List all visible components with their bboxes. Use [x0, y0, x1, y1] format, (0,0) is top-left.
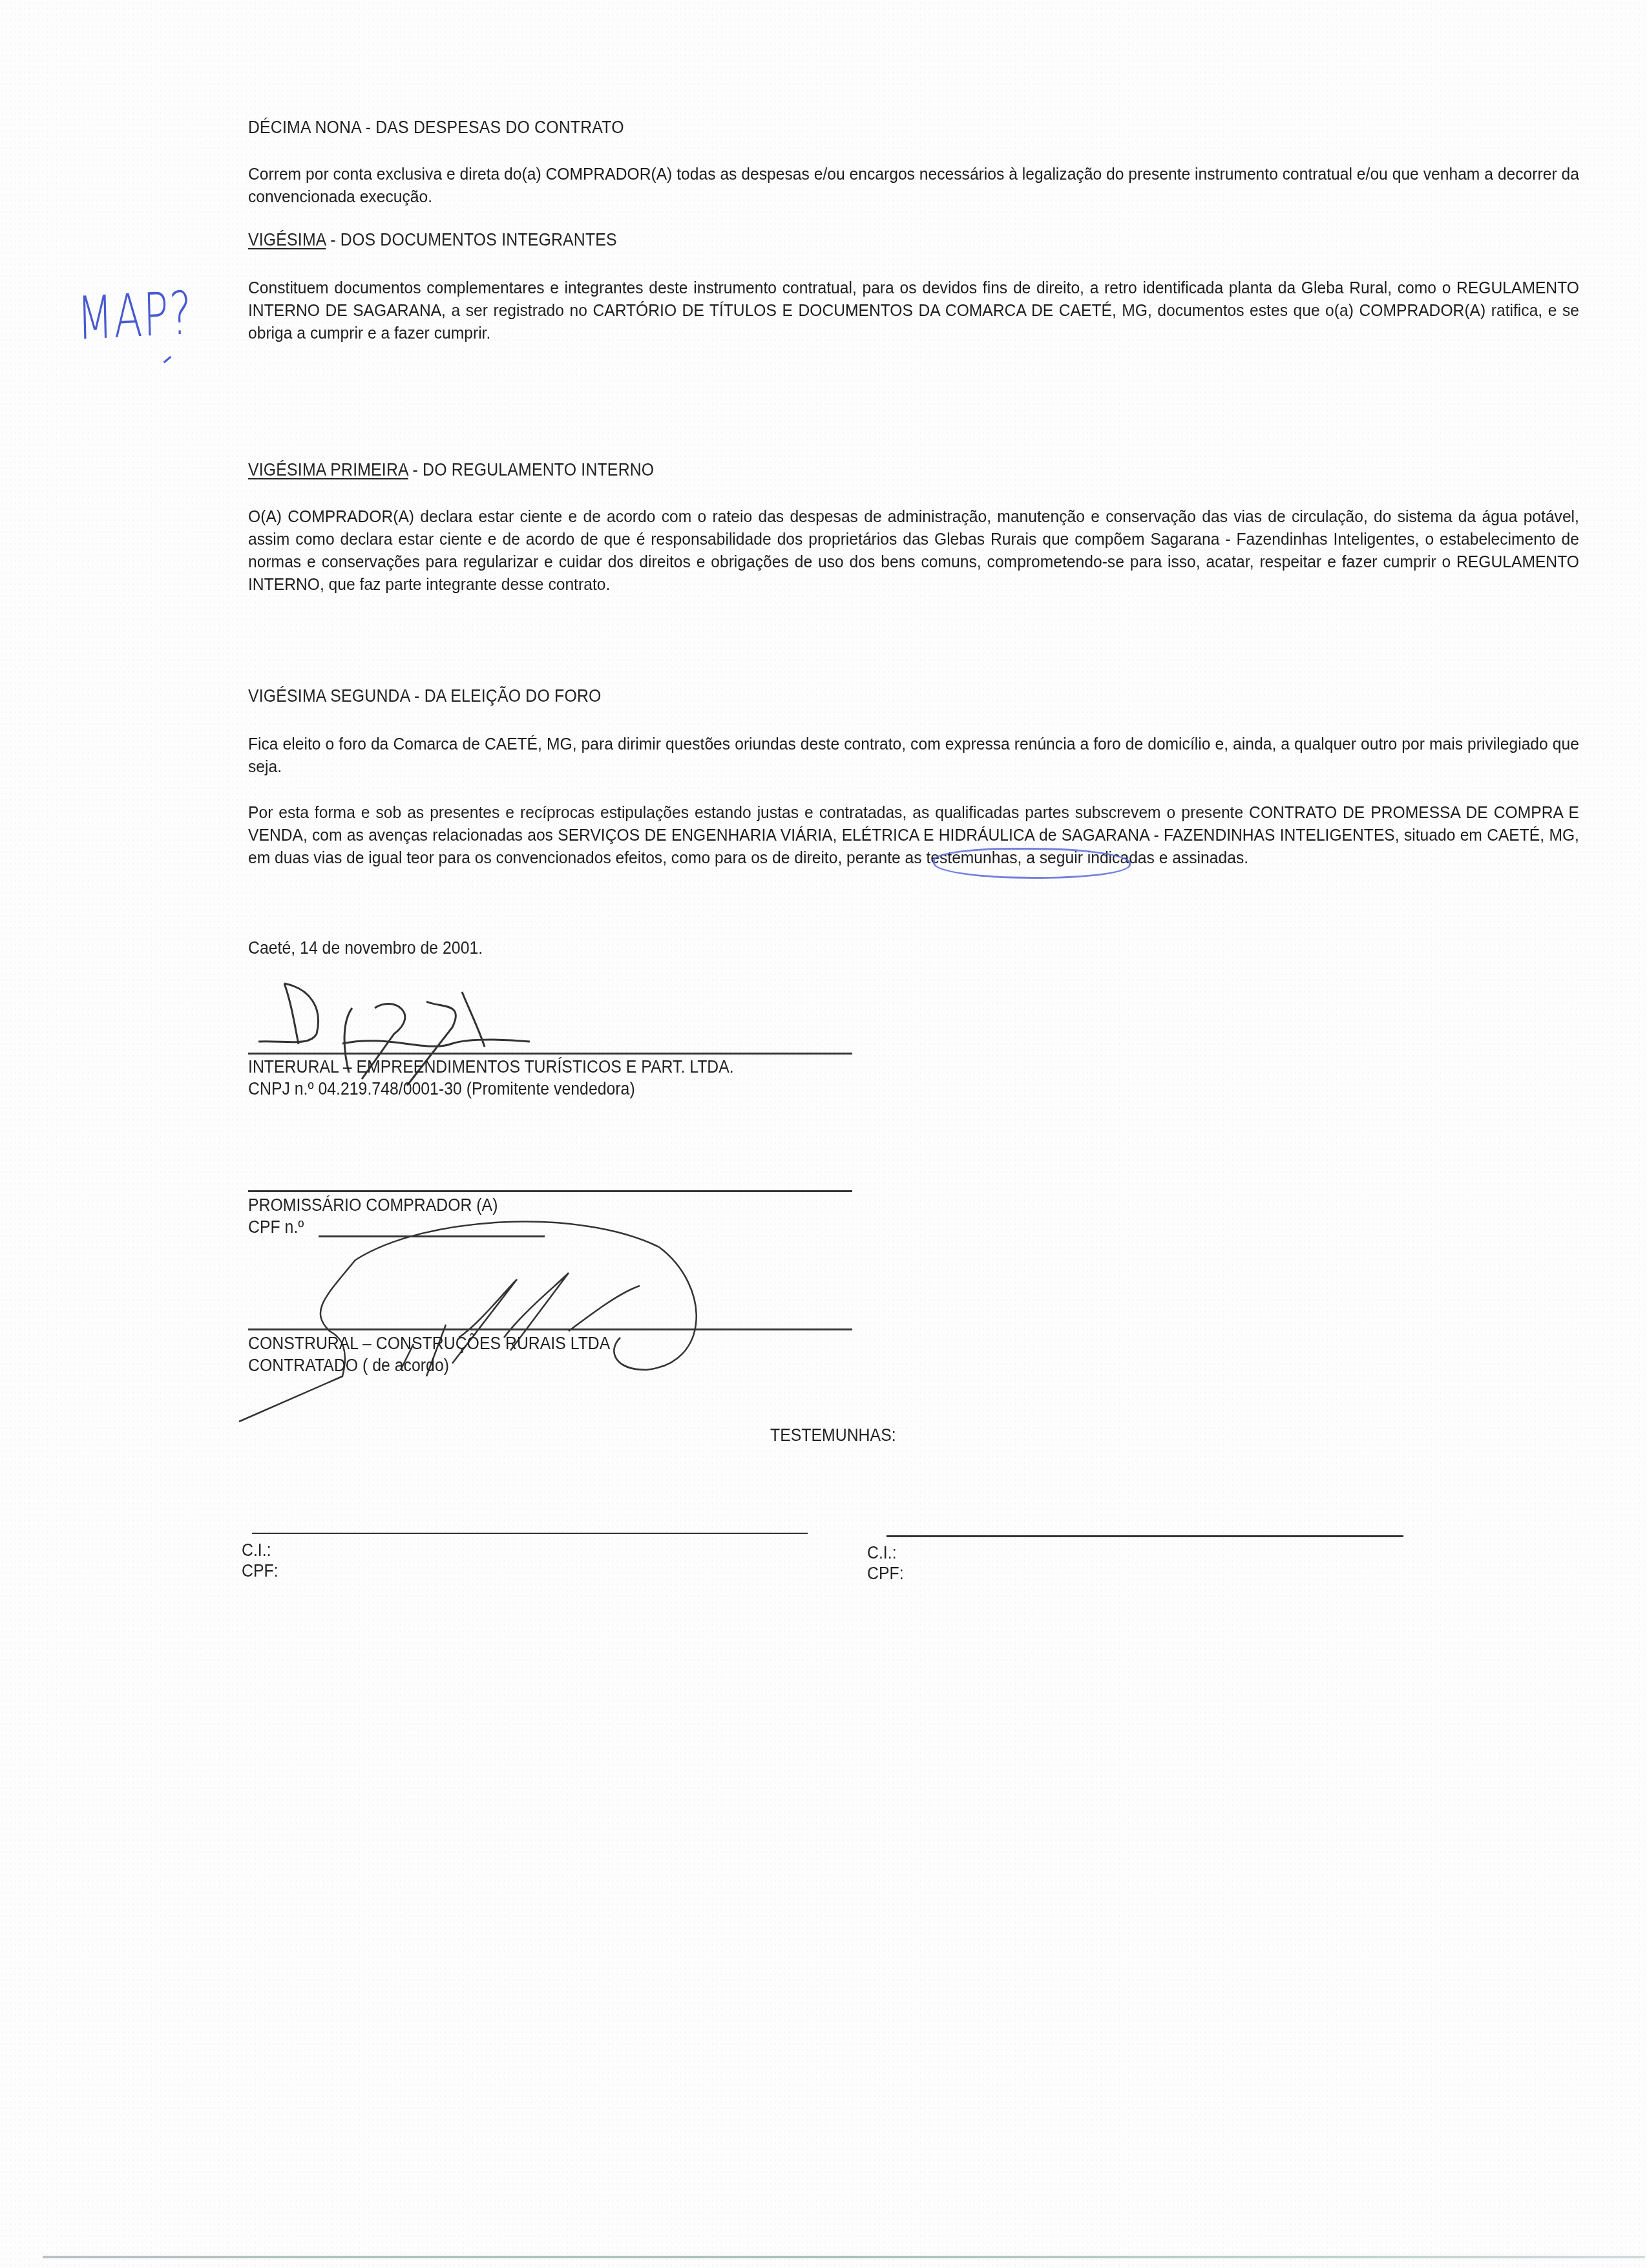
clause-title: - DAS DESPESAS DO CONTRATO	[366, 118, 624, 137]
clause-paragraph: Fica eleito o foro da Comarca de CAETÉ, …	[248, 733, 1486, 778]
closing-paragraph: Por esta forma e sob as presentes e recí…	[248, 801, 1486, 869]
clause-title: - DO REGULAMENTO INTERNO	[408, 460, 654, 479]
page-edge	[43, 2256, 1645, 2258]
clause-paragraph: Constituem documentos complementares e i…	[248, 277, 1486, 344]
paragraph-text: Constituem documentos complementares e i…	[248, 277, 1579, 344]
clause-number: VIGÉSIMA SEGUNDA	[248, 686, 410, 706]
clause-paragraph: Correm por conta exclusiva e direta do(a…	[248, 163, 1486, 208]
clause-heading-20: VIGÉSIMA - DOS DOCUMENTOS INTEGRANTES	[248, 230, 617, 250]
signatory-detail: CONTRATADO ( de acordo)	[248, 1356, 449, 1376]
pen-mark	[163, 356, 172, 363]
signatory-name: INTERURAL – EMPREENDIMENTOS TURÍSTICOS E…	[248, 1057, 734, 1077]
signature-line	[248, 1053, 852, 1055]
signature-line	[248, 1190, 852, 1192]
witness-2-ci-label: C.I.:	[867, 1543, 897, 1563]
clause-title: - DOS DOCUMENTOS INTEGRANTES	[326, 230, 617, 249]
clause-heading-21: VIGÉSIMA PRIMEIRA - DO REGULAMENTO INTER…	[248, 460, 654, 480]
witness-1-cpf-label: CPF:	[242, 1561, 278, 1581]
clause-number: VIGÉSIMA	[248, 230, 326, 249]
clause-number: VIGÉSIMA PRIMEIRA	[248, 460, 408, 479]
place-date: Caeté, 14 de novembro de 2001.	[248, 938, 483, 958]
witnesses-title: TESTEMUNHAS:	[770, 1425, 896, 1445]
pen-circle-annotation	[933, 848, 1131, 879]
clause-paragraph: O(A) COMPRADOR(A) declara estar ciente e…	[248, 505, 1486, 596]
clause-title: - DA ELEIÇÃO DO FORO	[410, 686, 601, 706]
witness-signature-line-1	[252, 1533, 808, 1534]
signature-construral	[233, 1208, 814, 1441]
paragraph-text: O(A) COMPRADOR(A) declara estar ciente e…	[248, 505, 1579, 596]
handwritten-note: MAP?	[76, 278, 193, 353]
clause-number: DÉCIMA NONA	[248, 118, 361, 137]
witness-2-cpf-label: CPF:	[867, 1564, 904, 1584]
witness-signature-line-2	[886, 1535, 1403, 1537]
signature-line	[248, 1328, 852, 1330]
signatory-name: CONSTRURAL – CONSTRUÇÕES RURAIS LTDA	[248, 1334, 610, 1354]
paragraph-text: Correm por conta exclusiva e direta do(a…	[248, 163, 1579, 208]
clause-heading-22: VIGÉSIMA SEGUNDA - DA ELEIÇÃO DO FORO	[248, 686, 602, 706]
signatory-detail: CNPJ n.º 04.219.748/0001-30 (Promitente …	[248, 1079, 635, 1099]
witness-1-ci-label: C.I.:	[242, 1540, 271, 1560]
paragraph-text: Por esta forma e sob as presentes e recí…	[248, 801, 1579, 869]
paragraph-text: Fica eleito o foro da Comarca de CAETÉ, …	[248, 733, 1579, 778]
clause-heading-19: DÉCIMA NONA - DAS DESPESAS DO CONTRATO	[248, 118, 624, 138]
